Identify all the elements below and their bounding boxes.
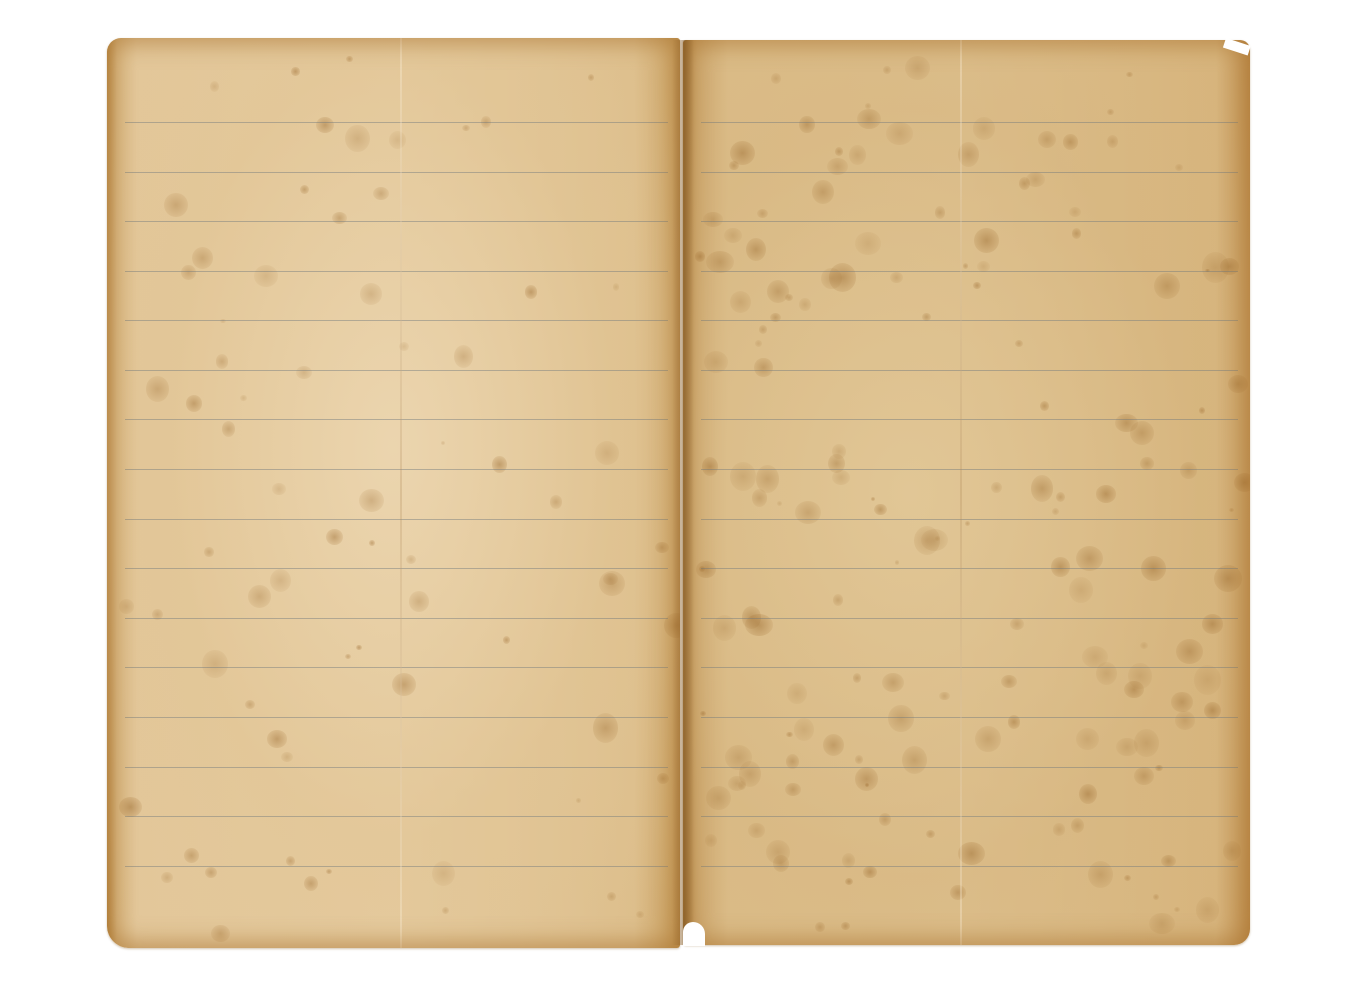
stain-spot	[607, 892, 616, 902]
stain-spot	[1130, 421, 1155, 446]
stain-spot	[1056, 492, 1065, 502]
stain-spot	[963, 263, 968, 269]
stain-spot	[829, 263, 856, 292]
stain-spot	[713, 615, 736, 640]
ruled-line	[125, 172, 668, 173]
ruled-line	[701, 519, 1238, 520]
stain-spot	[392, 673, 415, 696]
stain-spot	[855, 232, 882, 255]
stain-spot	[700, 711, 706, 716]
stain-spot	[1154, 273, 1180, 299]
stain-spot	[812, 180, 834, 204]
stain-spot	[888, 705, 913, 732]
stain-spot	[886, 122, 913, 144]
stain-spot	[1052, 508, 1060, 516]
stain-spot	[1051, 557, 1070, 578]
bottom-spine-tear	[683, 922, 705, 946]
stain-spot	[576, 798, 580, 803]
stain-spot	[326, 869, 332, 874]
stain-spot	[356, 645, 362, 650]
stain-spot	[841, 922, 850, 930]
stain-spot	[974, 228, 999, 253]
stain-spot	[210, 81, 219, 91]
stain-spot	[738, 781, 745, 790]
stain-spot	[823, 734, 844, 756]
left-page-fold	[400, 38, 402, 948]
ruled-line	[701, 568, 1238, 569]
stain-spot	[730, 291, 751, 313]
stain-spot	[724, 228, 742, 243]
stain-spot	[1174, 907, 1180, 912]
stain-spot	[204, 547, 213, 557]
ruled-line	[701, 271, 1238, 272]
stain-spot	[1196, 897, 1219, 923]
stain-spot	[1019, 177, 1030, 190]
stain-spot	[300, 185, 309, 194]
stain-spot	[360, 283, 382, 305]
stain-spot	[462, 125, 470, 131]
stain-spot	[958, 842, 985, 865]
stain-spot	[503, 636, 510, 644]
stain-spot	[1040, 401, 1050, 412]
stain-spot	[965, 521, 970, 526]
stain-spot	[442, 907, 449, 915]
stain-spot	[345, 125, 370, 153]
stain-spot	[973, 282, 980, 289]
stain-spot	[1223, 841, 1241, 861]
stain-spot	[1079, 784, 1097, 804]
stain-spot	[1149, 913, 1175, 934]
stain-spot	[730, 462, 756, 491]
stain-spot	[657, 773, 669, 784]
stain-spot	[1010, 618, 1024, 630]
ruled-line	[125, 866, 668, 867]
stain-spot	[835, 147, 844, 156]
stain-spot	[755, 340, 763, 347]
stain-spot	[216, 354, 229, 368]
stain-spot	[926, 830, 936, 838]
stain-spot	[857, 109, 881, 129]
stain-spot	[757, 209, 768, 218]
left-page-edge-aging	[107, 38, 680, 948]
stain-spot	[832, 444, 846, 459]
stain-spot	[1234, 473, 1250, 492]
stain-spot	[296, 366, 312, 379]
stain-spot	[326, 529, 343, 546]
stain-spot	[1161, 855, 1176, 867]
stain-spot	[270, 569, 291, 592]
stain-spot	[871, 497, 875, 501]
ruled-line	[701, 469, 1238, 470]
stain-spot	[785, 783, 801, 796]
ruled-line	[125, 370, 668, 371]
stain-spot	[1038, 131, 1056, 148]
stain-spot	[706, 251, 734, 274]
stain-spot	[1171, 692, 1192, 712]
stain-spot	[973, 117, 995, 139]
stain-spot	[1071, 818, 1084, 833]
stain-spot	[975, 726, 1001, 752]
stain-spot	[1124, 681, 1144, 698]
ruled-line	[125, 667, 668, 668]
stain-spot	[1088, 861, 1113, 888]
stain-spot	[1126, 72, 1133, 78]
stain-spot	[1053, 823, 1066, 835]
stain-spot	[406, 555, 417, 565]
stain-spot	[267, 730, 287, 747]
stain-spot	[1140, 642, 1148, 649]
stain-spot	[845, 878, 853, 885]
stain-spot	[855, 767, 879, 791]
stain-spot	[281, 752, 293, 763]
stain-spot	[181, 265, 196, 280]
stain-spot	[550, 495, 563, 509]
stain-spot	[1175, 164, 1183, 171]
stain-spot	[815, 922, 825, 933]
ruled-line	[125, 419, 668, 420]
stain-spot	[1096, 485, 1117, 502]
stain-spot	[332, 212, 347, 224]
stain-spot	[696, 561, 716, 577]
ruled-line	[701, 370, 1238, 371]
stain-spot	[192, 247, 213, 269]
stain-spot	[939, 692, 950, 701]
right-page	[683, 40, 1250, 945]
ruled-line	[701, 320, 1238, 321]
stain-spot	[1076, 546, 1103, 571]
stain-spot	[1107, 109, 1113, 115]
stain-spot	[1194, 665, 1222, 695]
ruled-line	[701, 172, 1238, 173]
stain-spot	[1134, 767, 1154, 785]
stain-spot	[785, 294, 793, 301]
ruled-line	[701, 866, 1238, 867]
stain-spot	[205, 867, 217, 878]
stain-spot	[1134, 729, 1158, 757]
stain-spot	[905, 56, 930, 80]
stain-spot	[1076, 728, 1099, 750]
stain-spot	[883, 66, 890, 74]
photo-background	[0, 0, 1360, 983]
stain-spot	[1031, 475, 1054, 502]
stain-spot	[119, 797, 142, 817]
stain-spot	[902, 746, 927, 774]
stain-spot	[373, 187, 389, 200]
stain-spot	[695, 251, 706, 262]
stain-spot	[752, 489, 767, 506]
ruled-line	[125, 816, 668, 817]
stain-spot	[240, 395, 246, 401]
stain-spot	[795, 501, 821, 524]
stain-spot	[1176, 639, 1203, 664]
stain-spot	[746, 238, 766, 261]
ruled-line	[125, 519, 668, 520]
ruled-line	[701, 667, 1238, 668]
ruled-line	[125, 618, 668, 619]
stain-spot	[882, 673, 904, 693]
stain-spot	[613, 283, 620, 291]
stain-spot	[359, 489, 384, 512]
stain-spot	[1069, 207, 1081, 217]
ruled-line	[125, 221, 668, 222]
stain-spot	[1001, 675, 1017, 688]
stain-spot	[702, 457, 718, 476]
stain-spot	[874, 504, 886, 515]
stain-spot	[833, 594, 843, 605]
ruled-line	[701, 717, 1238, 718]
stain-spot	[119, 599, 134, 613]
stain-spot	[799, 116, 815, 134]
stain-spot	[1175, 711, 1196, 730]
stain-spot	[184, 848, 200, 863]
stain-spot	[655, 542, 669, 553]
ruled-line	[701, 618, 1238, 619]
stain-spot	[441, 441, 445, 445]
right-page-fold	[960, 40, 962, 945]
stain-spot	[890, 272, 903, 283]
stain-spot	[745, 614, 772, 636]
ruled-line	[125, 320, 668, 321]
ruled-line	[125, 122, 668, 123]
stain-spot	[222, 421, 236, 437]
stain-spot	[729, 161, 739, 171]
stain-spot	[291, 67, 299, 75]
ruled-line	[125, 271, 668, 272]
ruled-line	[701, 816, 1238, 817]
notebook-spine	[672, 40, 694, 945]
stain-spot	[1153, 894, 1159, 900]
stain-spot	[186, 395, 202, 412]
stain-spot	[799, 298, 811, 312]
stain-spot	[636, 911, 644, 917]
left-page	[107, 38, 680, 948]
stain-spot	[164, 193, 188, 217]
stain-spot	[935, 206, 946, 218]
ruled-line	[125, 568, 668, 569]
stain-spot	[853, 673, 861, 683]
stain-spot	[1229, 508, 1234, 512]
stain-spot	[146, 376, 169, 401]
stain-spot	[316, 117, 334, 133]
stain-spot	[346, 56, 352, 62]
stain-spot	[1015, 340, 1023, 347]
stain-spot	[1202, 614, 1224, 634]
stain-spot	[759, 325, 768, 334]
ruled-line	[125, 717, 668, 718]
stain-spot	[272, 483, 287, 495]
stain-spot	[595, 441, 619, 465]
stain-spot	[991, 482, 1002, 493]
ruled-line	[701, 767, 1238, 768]
stain-spot	[345, 654, 351, 659]
stain-spot	[1069, 577, 1093, 603]
stain-spot	[748, 823, 765, 838]
stain-spot	[389, 131, 406, 149]
stain-spot	[777, 501, 783, 506]
stain-spot	[703, 212, 723, 228]
stain-spot	[786, 732, 793, 737]
stain-spot	[161, 872, 173, 883]
stain-spot	[950, 885, 966, 900]
ruled-line	[125, 469, 668, 470]
stain-spot	[773, 855, 789, 872]
stain-spot	[1063, 134, 1078, 150]
stain-spot	[1096, 662, 1117, 685]
stain-spot	[211, 925, 230, 942]
stain-spot	[492, 456, 507, 473]
stain-spot	[454, 345, 474, 368]
stain-spot	[409, 591, 429, 612]
stain-spot	[1072, 228, 1081, 238]
stain-spot	[588, 74, 595, 81]
stain-spot	[849, 145, 866, 165]
stain-spot	[202, 650, 228, 677]
stain-spot	[794, 718, 814, 742]
stain-spot	[369, 540, 374, 546]
stain-spot	[787, 683, 806, 704]
stain-spot	[1228, 375, 1248, 393]
stain-spot	[304, 876, 318, 891]
ruled-line	[701, 419, 1238, 420]
stain-spot	[432, 861, 455, 886]
stain-spot	[286, 856, 295, 866]
ruled-line	[701, 122, 1238, 123]
stain-spot	[1199, 407, 1205, 414]
stain-spot	[1202, 252, 1229, 282]
stain-spot	[525, 285, 538, 299]
stain-spot	[832, 470, 851, 486]
stain-spot	[1124, 875, 1131, 881]
stain-spot	[921, 529, 948, 551]
stain-spot	[771, 73, 781, 84]
stain-spot	[895, 560, 899, 564]
stain-spot	[603, 573, 618, 586]
stain-spot	[705, 834, 717, 847]
stain-spot	[855, 755, 863, 764]
ruled-line	[701, 221, 1238, 222]
stain-spot	[1180, 462, 1197, 479]
stain-spot	[863, 866, 876, 878]
stain-spot	[1107, 135, 1118, 148]
stain-spot	[754, 358, 773, 378]
stain-spot	[248, 585, 271, 608]
stain-spot	[254, 265, 278, 287]
stain-spot	[706, 786, 731, 810]
stain-spot	[245, 700, 255, 710]
ruled-line	[125, 767, 668, 768]
